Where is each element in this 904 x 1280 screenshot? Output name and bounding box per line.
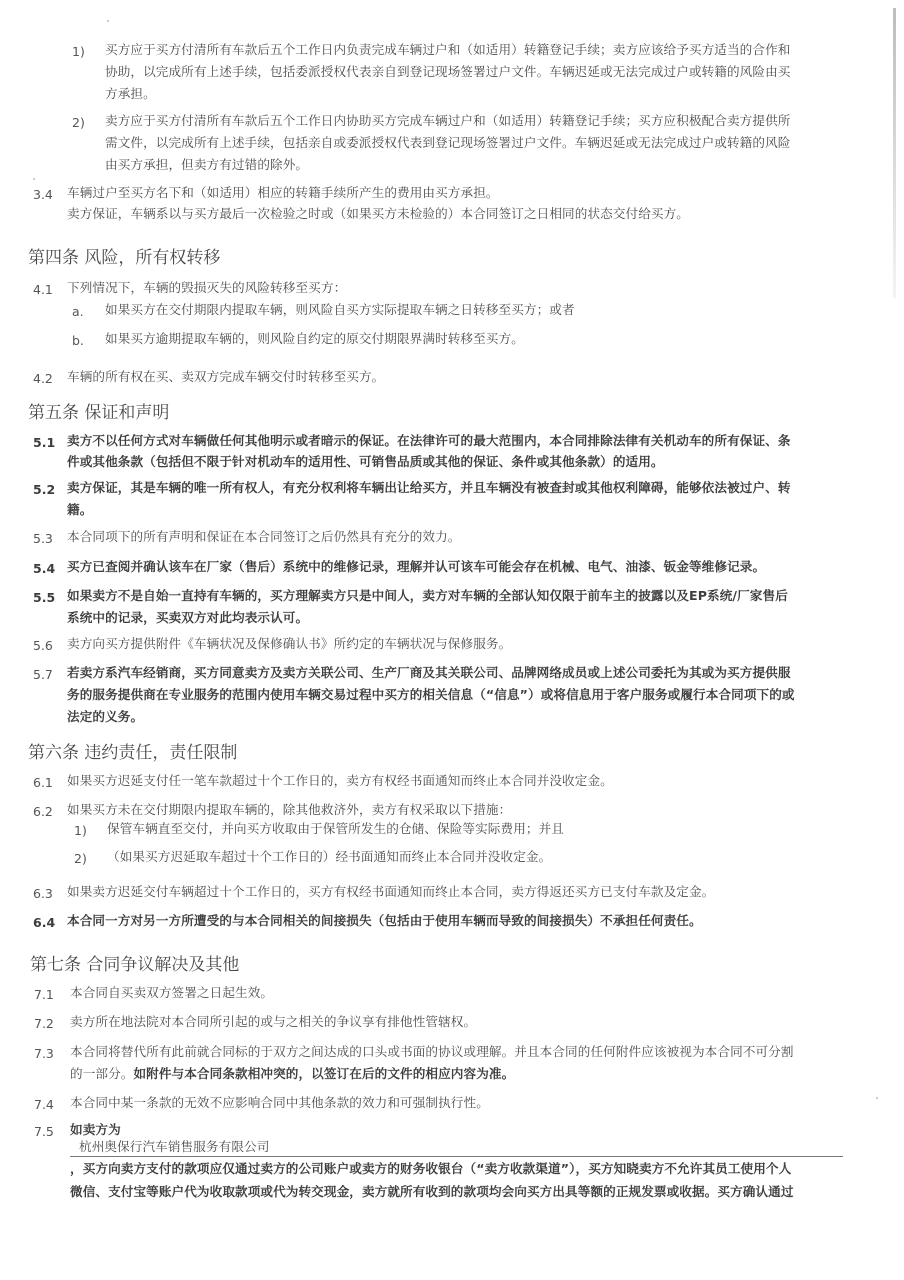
clause-number: 5.2 [33,482,55,497]
clause-number: 7.4 [34,1097,54,1112]
clause-number: 7.2 [34,1016,54,1031]
clause-number: 3.4 [33,187,53,202]
clause-number: 7.1 [34,987,54,1002]
clause-number: 4.2 [33,371,53,386]
sub-text: （如果买方迟延取车超过十个工作日的）经书面通知而终止本合同并没收定金。 [107,847,551,867]
item-text-line: 协助，以完成所有上述手续，包括委派授权代表亲自到登记现场签署过户文件。车辆迟延或… [105,62,790,82]
clause-text: 车辆的所有权在买、卖双方完成车辆交付时转移至买方。 [67,367,384,387]
clause-text: 如果卖方迟延交付车辆超过十个工作日的，买方有权经书面通知而终止本合同，卖方得返还… [67,882,714,902]
clause-text: 本合同中某一条款的无效不应影响合同中其他条款的效力和可强制执行性。 [70,1093,489,1113]
sub-label: b. [72,333,84,348]
clause-text: 件或其他条款（包括但不限于针对机动车的适用性、可销售品质或其他的保证、条件或其他… [67,452,664,472]
clause-text: 本合同将替代所有此前就合同标的于双方之间达成的口头或书面的协议或理解。并且本合同… [70,1042,794,1062]
clause-number: 7.5 [34,1124,54,1139]
clause-text: 卖方不以任何方式对车辆做任何其他明示或者暗示的保证。在法律许可的最大范围内，本合… [67,431,791,451]
clause-number: 6.2 [33,804,53,819]
clause-number: 4.1 [33,282,53,297]
scan-edge-shadow [893,8,896,298]
article-5-heading: 第五条 保证和声明 [28,398,169,423]
item-text-line: 由买方承担，但卖方有过错的除外。 [105,155,308,175]
clause-number: 6.1 [33,775,53,790]
clause-number: 5.6 [33,638,53,653]
sub-text: 如果买方在交付期限内提取车辆，则风险自买方实际提取车辆之日转移至买方；或者 [105,300,575,320]
clause-text: 卖方保证，其是车辆的唯一所有权人，有充分权利将车辆出让给买方，并且车辆没有被查封… [67,478,791,498]
scan-speck [876,1097,878,1099]
clause-text: 若卖方系汽车经销商，买方同意卖方及卖方关联公司、生产厂商及其关联公司、品牌网络成… [67,663,791,683]
clause-text: 下列情况下，车辆的毁损灭失的风险转移至买方： [67,278,346,298]
clause-number: 5.3 [33,531,53,546]
item-number: 1) [72,44,85,59]
item-text-line: 卖方应于买方付清所有车款后五个工作日内协助买方完成车辆过户和（如适用）转籍登记手… [105,111,790,131]
sub-label: a. [72,304,84,319]
item-text-line: 需文件，以完成所有上述手续，包括亲自或委派授权代表到登记现场签署过户文件。车辆迟… [105,133,790,153]
clause-text: ，买方向卖方支付的款项应仅通过卖方的公司账户或卖方的财务收银台（“卖方收款渠道”… [70,1159,791,1179]
clause-text: 籍。 [67,500,92,520]
clause-number: 5.5 [33,590,55,605]
clause-number: 6.3 [33,886,53,901]
article-7-heading: 第七条 合同争议解决及其他 [30,950,239,975]
clause-text: 微信、支付宝等账户代为收取款项或代为转交现金，卖方就所有收到的款项均会向买方出具… [70,1182,794,1202]
clause-text: 系统中的记录，买卖双方对此均表示认可。 [67,608,308,628]
sub-text: 保管车辆直至交付，并向买方收取由于保管所发生的仓储、保险等实际费用；并且 [107,819,564,839]
clause-text: 如果买方迟延支付任一笔车款超过十个工作日的，卖方有权经书面通知而终止本合同并没收… [67,771,613,791]
item-text-line: 方承担。 [105,84,156,104]
seller-name-field: 杭州奥保行汽车销售服务有限公司 [79,1137,269,1157]
article-4-heading: 第四条 风险，所有权转移 [28,243,220,268]
scan-speck [33,178,35,180]
clause-number: 5.1 [33,435,55,450]
clause-text: 法定的义务。 [67,707,143,727]
clause-text: 本合同项下的所有声明和保证在本合同签订之后仍然具有充分的效力。 [67,527,461,547]
clause-text: 务的服务提供商在专业服务的范围内使用车辆交易过程中买方的相关信息（“信息”）或将… [67,685,795,705]
clause-number: 5.4 [33,561,55,576]
sub-label: 2) [74,851,87,866]
clause-text: 本合同一方对另一方所遭受的与本合同相关的间接损失（包括由于使用车辆而导致的间接损… [67,911,702,931]
clause-text: 卖方向买方提供附件《车辆状况及保修确认书》所约定的车辆状况与保修服务。 [67,634,511,654]
clause-text-bold: 如附件与本合同条款相冲突的，以签订在后的文件的相应内容为准。 [133,1066,514,1081]
sub-text: 如果买方逾期提取车辆的，则风险自约定的原交付期限界满时转移至买方。 [105,329,524,349]
article-6-heading: 第六条 违约责任，责任限制 [28,738,237,763]
clause-text: 车辆过户至买方名下和（如适用）相应的转籍手续所产生的费用由买方承担。 [67,183,499,203]
clause-text: 如果买方未在交付期限内提取车辆的，除其他救济外，卖方有权采取以下措施： [67,800,511,820]
contract-page: 1) 买方应于买方付清所有车款后五个工作日内负责完成车辆过户和（如适用）转籍登记… [0,0,904,1280]
scan-speck [107,20,109,22]
clause-number: 7.3 [34,1046,54,1061]
sub-label: 1) [74,823,87,838]
item-text-line: 买方应于买方付清所有车款后五个工作日内负责完成车辆过户和（如适用）转籍登记手续；… [105,40,790,60]
clause-text: 卖方所在地法院对本合同所引起的或与之相关的争议享有排他性管辖权。 [70,1012,476,1032]
clause-number: 6.4 [33,915,55,930]
clause-number: 5.7 [33,667,53,682]
item-number: 2) [72,115,85,130]
clause-text: 卖方保证，车辆系以与买方最后一次检验之时或（如果买方未检验的）本合同签订之日相同… [67,204,689,224]
clause-text-plain: 的一部分。 [70,1066,133,1081]
clause-text-line-2: 的一部分。如附件与本合同条款相冲突的，以签订在后的文件的相应内容为准。 [70,1064,514,1084]
clause-text: 本合同自买卖双方签署之日起生效。 [70,983,273,1003]
clause-text: 买方已查阅并确认该车在厂家（售后）系统中的维修记录，理解并认可该车可能会存在机械… [67,557,765,577]
seller-name-underline [70,1156,843,1157]
clause-text: 如果卖方不是自始一直持有车辆的，买方理解卖方只是中间人，卖方对车辆的全部认知仅限… [67,586,788,606]
